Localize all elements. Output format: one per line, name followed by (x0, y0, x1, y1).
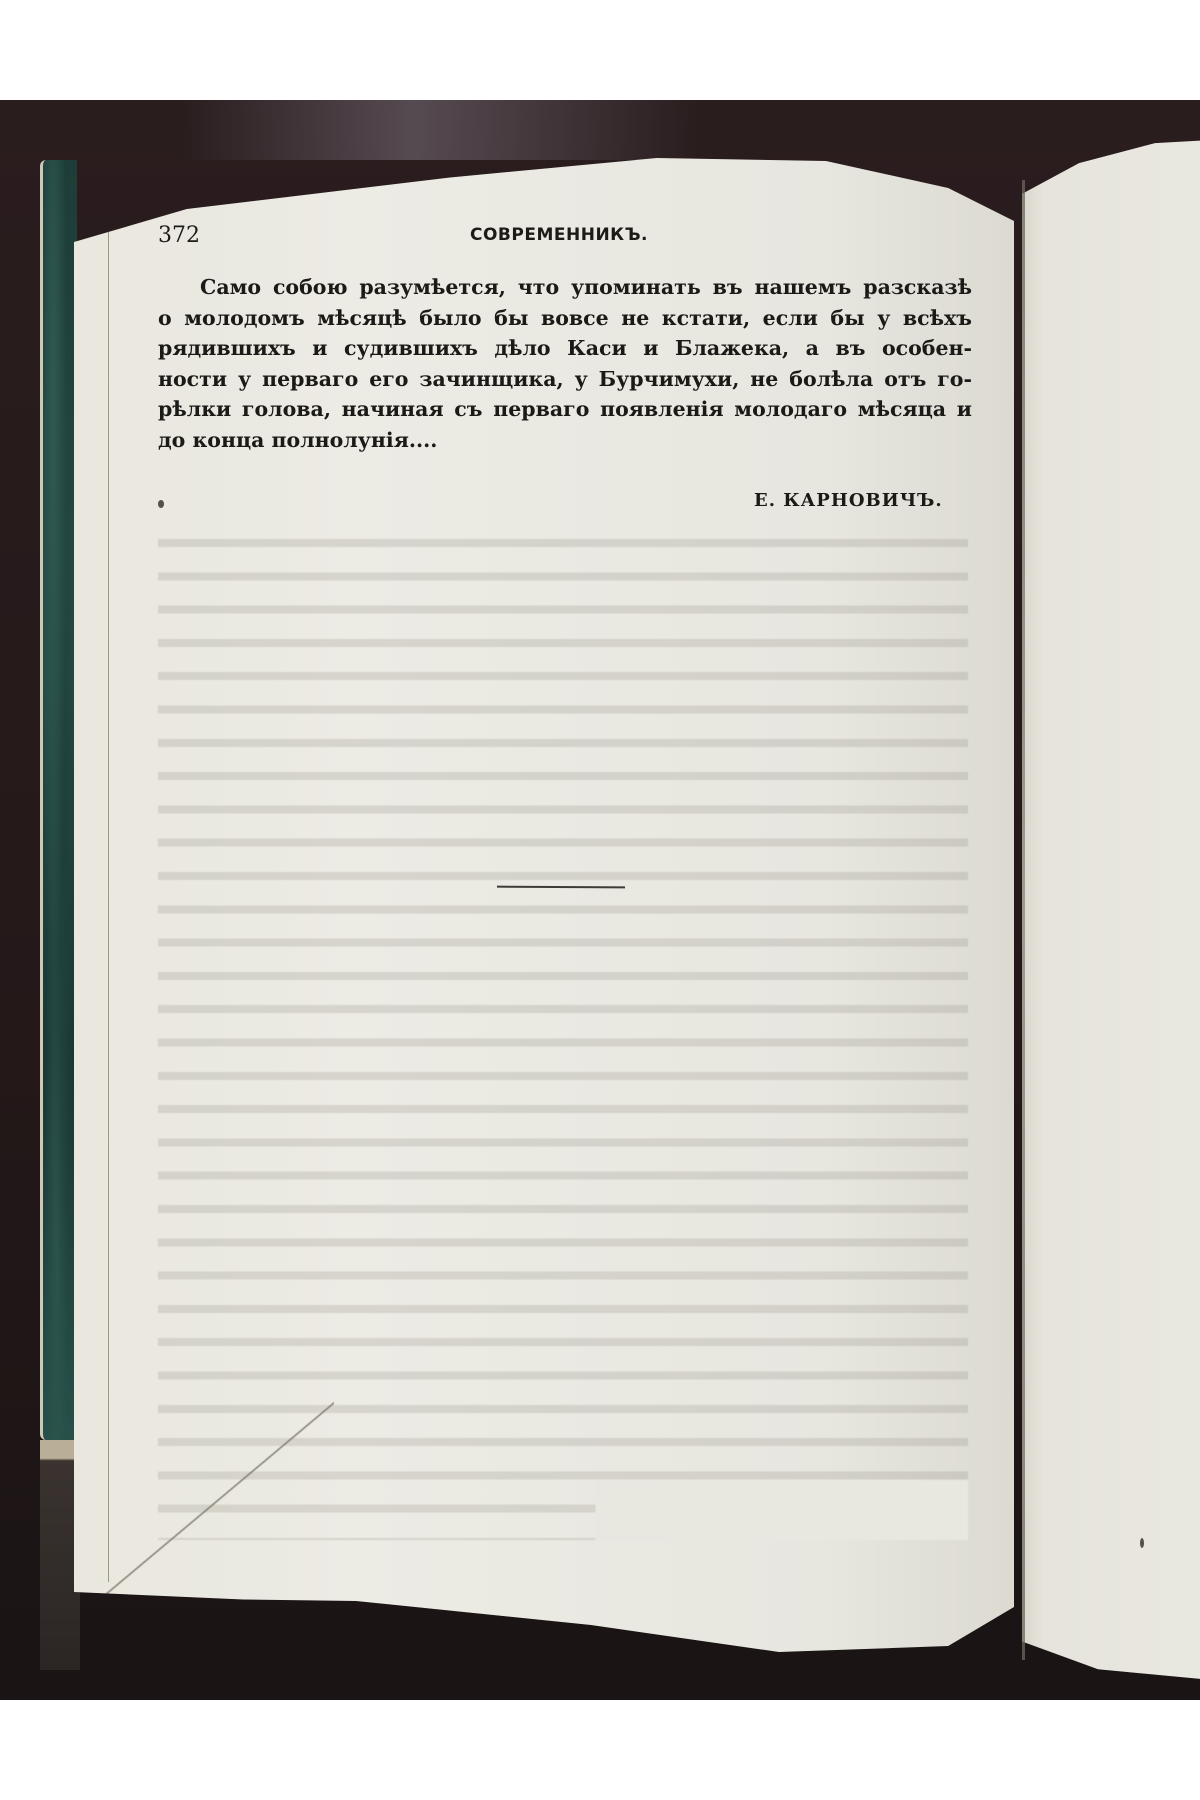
journal-title: СОВРЕМЕННИКЪ. (470, 225, 648, 245)
text-line: рядившихъ и судившихъ дѣло Каси и Блажек… (158, 333, 972, 364)
text-line: ности у перваго его зачинщика, у Бурчиму… (158, 364, 972, 395)
paper-speck (158, 500, 164, 508)
paper-speck (1140, 1538, 1144, 1548)
running-head: 372 СОВРЕМЕННИКЪ. (158, 223, 928, 253)
page-number: 372 (158, 223, 200, 248)
show-through-text (158, 520, 968, 1540)
text-line: Само собою разумѣется, что упоминать въ … (158, 272, 972, 303)
text-line: рѣлки голова, начиная съ перваго появлен… (158, 394, 972, 425)
printed-page-content: 372 СОВРЕМЕННИКЪ. Само собою разумѣется,… (0, 0, 1200, 1800)
author-signature: Е. КАРНОВИЧЪ. (754, 490, 943, 511)
text-line: до конца полнолунія.... (158, 425, 972, 456)
body-paragraph: Само собою разумѣется, что упоминать въ … (158, 272, 972, 455)
text-line: о молодомъ мѣсяцѣ было бы вовсе не кстат… (158, 303, 972, 334)
